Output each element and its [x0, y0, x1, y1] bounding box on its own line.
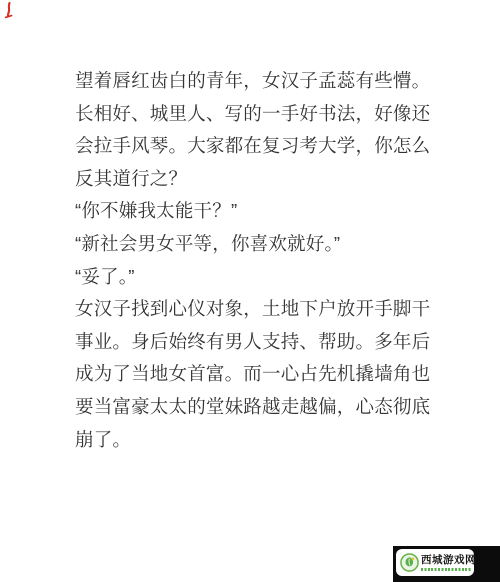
- story-text-block: 望着唇红齿白的青年，女汉子孟蕊有些懵。 长相好、城里人、写的一手好书法，好像还 …: [75, 65, 437, 456]
- story-page: 望着唇红齿白的青年，女汉子孟蕊有些懵。 长相好、城里人、写的一手好书法，好像还 …: [0, 0, 500, 582]
- story-line: 崩了。: [75, 424, 437, 457]
- story-line: 会拉手风琴。大家都在复习考大学，你怎么: [75, 130, 437, 163]
- story-line: 要当富豪太太的堂妹路越走越偏，心态彻底: [75, 391, 437, 424]
- watermark-site-name: 西城游戏网: [421, 554, 474, 566]
- watermark-subtext-strip: [421, 568, 471, 571]
- story-line: 反其道行之？: [75, 163, 437, 196]
- story-line: 长相好、城里人、写的一手好书法，好像还: [75, 98, 437, 131]
- watermark-panel: 西城游戏网: [393, 546, 500, 582]
- story-line: “你不嫌我太能干？”: [75, 195, 437, 228]
- watermark-logo-icon: [400, 553, 419, 572]
- story-line: 事业。身后始终有男人支持、帮助。多年后: [75, 326, 437, 359]
- red-corner-mark-icon: [3, 2, 15, 19]
- story-line: “新社会男女平等，你喜欢就好。”: [75, 228, 437, 261]
- watermark-label: 西城游戏网: [396, 549, 474, 576]
- story-line: 望着唇红齿白的青年，女汉子孟蕊有些懵。: [75, 65, 437, 98]
- story-line: 成为了当地女首富。而一心占先机撬墙角也: [75, 358, 437, 391]
- watermark-texts: 西城游戏网: [421, 554, 474, 571]
- story-line: 女汉子找到心仪对象，土地下户放开手脚干: [75, 293, 437, 326]
- story-line: “妥了。”: [75, 261, 437, 294]
